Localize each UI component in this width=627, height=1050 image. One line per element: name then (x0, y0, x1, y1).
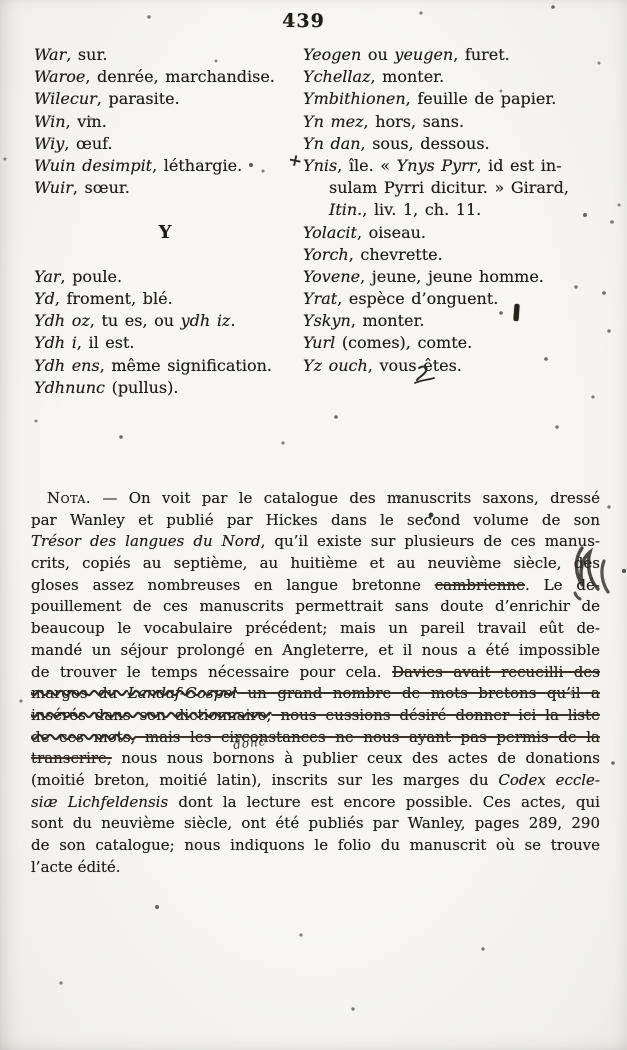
text-segment: Trésor des langues du Nord (31, 532, 261, 550)
text-segment: yeugen (394, 45, 453, 64)
text-segment: Ydh ens (34, 356, 100, 375)
text-segment: siæ Lichfeldensis (31, 793, 168, 811)
text-segment: nous eussions désiré donner ici la liste (272, 706, 600, 724)
text-line: sont du neuvième siècle, ont été publiés… (31, 813, 600, 835)
text-segment: pouillement de ces manuscrits permettrai… (31, 597, 600, 615)
text-segment: de ces mots, (31, 728, 135, 746)
text-segment: , parasite. (97, 89, 180, 108)
text-segment: Ychellaz (303, 67, 371, 86)
text-line: Ydh i, il est. (34, 332, 296, 354)
text-segment: , sous, dessous. (361, 134, 490, 153)
page-number: 439 (0, 10, 617, 32)
blank-line (34, 199, 296, 221)
text-line: siæ Lichfeldensis dont la lecture est en… (31, 792, 600, 814)
text-segment: marges du (31, 684, 128, 702)
text-segment: , feuille de papier. (406, 89, 557, 108)
text-segment: de son catalogue; nous indiquons le foli… (31, 836, 600, 854)
text-segment: Ymbithionen (303, 89, 406, 108)
text-segment: Wuin desimpit (34, 156, 152, 175)
text-line: transcrire, nous nous bornons à publier … (31, 748, 600, 770)
scan-noise-specks (0, 0, 2, 2)
text-segment: Win (34, 112, 66, 131)
text-line: sulam Pyrri dicitur. » Girard, (303, 177, 619, 199)
text-segment: , léthargie. (152, 156, 242, 175)
text-segment: Waroe (34, 67, 85, 86)
text-line: Wuir, sœur. (34, 177, 296, 199)
text-segment: Yeogen (303, 45, 361, 64)
text-segment: , hors, sans. (364, 112, 465, 131)
text-line: Yz ouch, vous êtes. (303, 355, 619, 377)
text-line: Ymbithionen, feuille de papier. (303, 88, 619, 110)
text-segment: , jeune, jeune homme. (360, 267, 544, 286)
text-segment: insérés dans son dictionnaire; (31, 706, 272, 724)
text-line: Trésor des langues du Nord, qu’il existe… (31, 531, 600, 553)
text-segment: . (230, 311, 235, 330)
text-segment: mais les circonstances ne nous ayant pas… (135, 728, 600, 746)
text-segment: Yar (34, 267, 61, 286)
scanned-book-page: { "page": { "number": "439" }, "dictiona… (0, 0, 627, 1050)
nota-paragraph: Nota. — On voit par le catalogue des man… (31, 488, 600, 878)
blank-line (34, 244, 296, 266)
text-line: par Wanley et publié par Hickes dans le … (31, 510, 600, 532)
text-segment: l’acte édité. (31, 858, 121, 876)
text-line: War, sur. (34, 44, 296, 66)
text-line: Yskyn, monter. (303, 310, 619, 332)
text-segment: , poule. (61, 267, 123, 286)
text-segment: un grand nombre de mots bretons qu’il a (237, 684, 600, 702)
text-line: Wuin desimpit, léthargie. (34, 155, 296, 177)
text-line: marges du Landaf-Gospel un grand nombre … (31, 683, 600, 705)
text-segment: par Wanley et publié par Hickes dans le … (31, 511, 600, 529)
text-segment: , sœur. (73, 178, 130, 197)
text-line: Yn dan, sous, dessous. (303, 133, 619, 155)
text-segment: , froment, blé. (55, 289, 173, 308)
text-segment: Landaf-Gospel (128, 684, 237, 702)
text-segment: sulam Pyrri dicitur. » Girard, (329, 178, 569, 197)
text-segment: Ydh i (34, 333, 77, 352)
text-segment: , liv. 1, ch. 11. (362, 200, 481, 219)
text-segment: Nota. (47, 489, 91, 507)
text-line: pouillement de ces manuscrits permettrai… (31, 596, 600, 618)
text-line: insérés dans son dictionnaire; nous euss… (31, 705, 600, 727)
text-segment: Yorch (303, 245, 349, 264)
text-segment: crits, copiés au septième, au huitième e… (31, 554, 600, 572)
text-segment: , denrée, marchandise. (85, 67, 275, 86)
text-segment: (pullus). (105, 378, 178, 397)
text-line: Wilecur, parasite. (34, 88, 296, 110)
text-segment: , chevrette. (349, 245, 443, 264)
text-segment: Yurl (303, 333, 335, 352)
text-segment: Yn dan (303, 134, 361, 153)
dictionary-right-column: Yeogen ou yeugen, furet.Ychellaz, monter… (303, 44, 619, 377)
text-segment: Ydh oz (34, 311, 90, 330)
text-segment: , sur. (66, 45, 107, 64)
text-line: Yurl (comes), comte. (303, 332, 619, 354)
text-segment: Yd (34, 289, 55, 308)
text-line: Ychellaz, monter. (303, 66, 619, 88)
text-segment: beaucoup le vocabulaire précédent; mais … (31, 619, 600, 637)
text-line: Yolacit, oiseau. (303, 222, 619, 244)
text-segment: mandé un séjour prolongé en Angleterre, … (31, 641, 600, 659)
pen-squiggle-icon (412, 365, 438, 389)
text-line: Win, vin. (34, 111, 296, 133)
text-segment: , il est. (77, 333, 135, 352)
text-segment: , vin. (66, 112, 107, 131)
text-line: de ces mots, mais les circonstances ne n… (31, 727, 600, 749)
text-segment: Codex eccle- (498, 771, 600, 789)
text-segment: Y (159, 222, 172, 243)
text-line: Ynis, île. « Ynys Pyrr, id est in- (303, 155, 619, 177)
text-segment: Wilecur (34, 89, 97, 108)
text-segment: , oiseau. (357, 223, 426, 242)
text-segment: (moitié breton, moitié latin), inscrits … (31, 771, 498, 789)
text-line: Wiy, œuf. (34, 133, 296, 155)
text-segment: Ydhnunc (34, 378, 105, 397)
text-segment: , qu’il existe sur plusieurs de ces manu… (261, 532, 600, 550)
text-line: Ydh ens, même signification. (34, 355, 296, 377)
text-segment: , id est in- (476, 156, 561, 175)
text-segment: sont du neuvième siècle, ont été publiés… (31, 814, 600, 832)
text-segment: (comes), comte. (335, 333, 472, 352)
text-segment: ou (361, 45, 394, 64)
text-segment: Wuir (34, 178, 73, 197)
text-line: Yeogen ou yeugen, furet. (303, 44, 619, 66)
text-line: l’acte édité. (31, 857, 600, 879)
text-line: Nota. — On voit par le catalogue des man… (31, 488, 600, 510)
text-line: Waroe, denrée, marchandise. (34, 66, 296, 88)
text-segment: Yskyn (303, 311, 351, 330)
handwritten-plus-mark: + (286, 150, 304, 173)
text-line: de son catalogue; nous indiquons le foli… (31, 835, 600, 857)
text-segment: , monter. (351, 311, 425, 330)
text-segment: Itin. (329, 200, 362, 219)
text-line: (moitié breton, moitié latin), inscrits … (31, 770, 600, 792)
text-line: de trouver le temps nécessaire pour cela… (31, 662, 600, 684)
dictionary-left-column: War, sur.Waroe, denrée, marchandise.Wile… (34, 44, 296, 399)
text-segment: Yolacit (303, 223, 357, 242)
text-line: Ydhnunc (pullus). (34, 377, 296, 399)
text-segment: , île. « (337, 156, 396, 175)
text-segment: Yz ouch (303, 356, 368, 375)
text-segment: cambrienne (435, 576, 525, 594)
text-segment: Ynys Pyrr (397, 156, 477, 175)
text-line: crits, copiés au septième, au huitième e… (31, 553, 600, 575)
text-segment: ydh iz (181, 311, 231, 330)
text-segment: Wiy (34, 134, 64, 153)
text-segment: gloses assez nombreuses en langue breton… (31, 576, 435, 594)
text-segment: Davies avait recueilli des (392, 663, 600, 681)
text-segment: — On voit par le catalogue des manuscrit… (91, 489, 600, 507)
text-segment: War (34, 45, 66, 64)
text-segment: , furet. (453, 45, 510, 64)
text-segment: dont la lecture est encore possible. Ces… (168, 793, 600, 811)
text-segment: , même signification. (100, 356, 272, 375)
text-line: Yar, poule. (34, 266, 296, 288)
text-segment: Yovene (303, 267, 360, 286)
text-line: beaucoup le vocabulaire précédent; mais … (31, 618, 600, 640)
pen-margin-squiggle-icon (567, 539, 621, 605)
text-line: Itin., liv. 1, ch. 11. (303, 199, 619, 221)
text-line: Y (34, 222, 296, 244)
text-line: Ydh oz, tu es, ou ydh iz. (34, 310, 296, 332)
page: 439 War, sur.Waroe, denrée, marchandise.… (0, 0, 627, 1050)
text-line: Yorch, chevrette. (303, 244, 619, 266)
text-segment: , espèce d’onguent. (337, 289, 498, 308)
text-line: Yn mez, hors, sans. (303, 111, 619, 133)
text-line: Yovene, jeune, jeune homme. (303, 266, 619, 288)
text-segment: nous nous bornons à publier ceux des act… (112, 749, 600, 767)
text-segment: Ynis (303, 156, 337, 175)
text-segment: Yrat (303, 289, 337, 308)
text-line: mandé un séjour prolongé en Angleterre, … (31, 640, 600, 662)
text-segment: de trouver le temps nécessaire pour cela… (31, 663, 392, 681)
text-line: gloses assez nombreuses en langue breton… (31, 575, 600, 597)
text-segment: transcrire, (31, 749, 112, 767)
text-segment: , monter. (371, 67, 445, 86)
text-line: Yrat, espèce d’onguent. (303, 288, 619, 310)
text-segment: Yn mez (303, 112, 364, 131)
text-segment: , œuf. (64, 134, 112, 153)
text-line: Yd, froment, blé. (34, 288, 296, 310)
text-segment: , tu es, ou (90, 311, 181, 330)
